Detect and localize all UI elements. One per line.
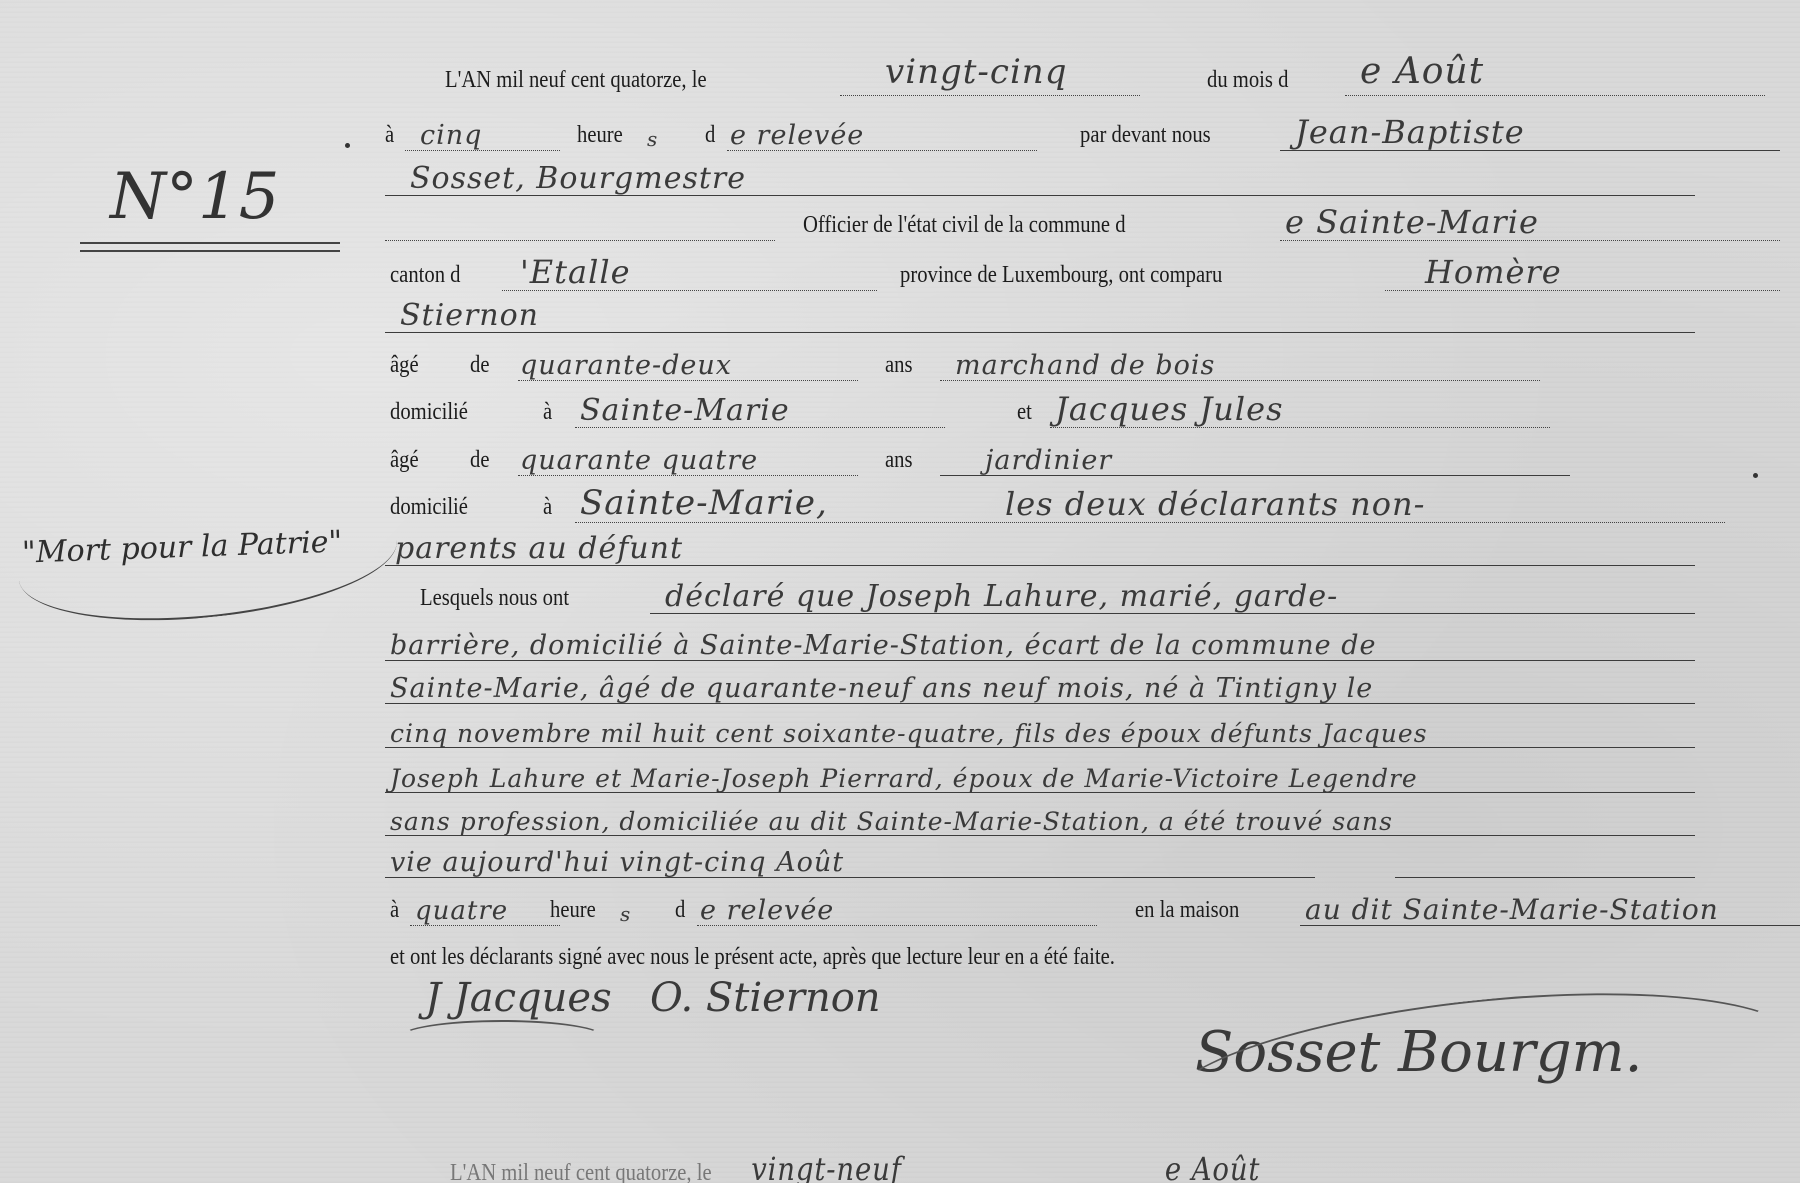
- officer-first-name: Jean-Baptiste: [1295, 113, 1525, 151]
- civil-record-page: N°15 "Mort pour la Patrie" L'AN mil neuf…: [0, 0, 1800, 1183]
- line-commune: Officier de l'état civil de la commune d…: [385, 205, 1800, 245]
- time-of-day-value: e relevée: [700, 895, 834, 926]
- line-declarant-1-surname: Stiernon: [385, 297, 1800, 337]
- declarant-2-domicile: Sainte-Marie,: [580, 483, 828, 523]
- printed-text: à: [390, 897, 399, 924]
- body-text: sans profession, domiciliée au dit Saint…: [390, 807, 1393, 836]
- fill-rule: [1395, 877, 1695, 878]
- line-body-6: vie aujourd'hui vingt-cinq Août: [385, 842, 1800, 882]
- fill-rule: [385, 240, 775, 241]
- printed-text: de: [470, 352, 489, 379]
- record-number: N°15: [110, 160, 279, 234]
- hour-plural: s: [620, 902, 631, 926]
- ink-dot: [345, 143, 350, 148]
- line-body-4: Joseph Lahure et Marie-Joseph Pierrard, …: [385, 757, 1800, 797]
- canton-value: 'Etalle: [520, 253, 631, 291]
- printed-text: d: [705, 122, 715, 149]
- next-day-value: vingt-neuf: [751, 1150, 902, 1183]
- line-body-5: sans profession, domiciliée au dit Saint…: [385, 800, 1800, 840]
- signature-declarant-2: O. Stiernon: [650, 975, 881, 1021]
- line-canton: canton d 'Etalle province de Luxembourg,…: [385, 255, 1800, 295]
- line-relation-cont: parents au défunt: [385, 530, 1800, 570]
- line-closing: et ont les déclarants signé avec nous le…: [385, 937, 1800, 977]
- printed-text: à: [543, 494, 552, 521]
- fill-rule: [840, 95, 1140, 96]
- place-found-value: au dit Sainte-Marie-Station: [1305, 893, 1719, 926]
- declarant-2-age: quarante quatre: [520, 445, 758, 476]
- time-of-day-value: e relevée: [730, 120, 864, 151]
- printed-text: et: [1017, 399, 1032, 426]
- hour-value: cinq: [420, 120, 482, 151]
- record-number-value: 15: [198, 160, 279, 234]
- printed-text: Officier de l'état civil de la commune d: [803, 212, 1126, 239]
- printed-text: L'AN mil neuf cent quatorze, le: [450, 1160, 712, 1183]
- month-value: e Août: [1360, 51, 1484, 92]
- declarant-2-name: Jacques Jules: [1055, 390, 1283, 428]
- line-declarant-2-age: âgé de quarante quatre ans jardinier: [385, 440, 1800, 480]
- line-declarant-1-age: âgé de quarante-deux ans marchand de boi…: [385, 345, 1800, 385]
- declarant-1-first-name: Homère: [1425, 253, 1562, 291]
- line-officer: Sosset, Bourgmestre: [385, 160, 1800, 200]
- printed-text: province de Luxembourg, ont comparu: [900, 262, 1222, 289]
- body-text: Sainte-Marie, âgé de quarante-neuf ans n…: [390, 673, 1373, 704]
- record-number-underline: [80, 242, 340, 244]
- line-place-found: à quatre heure s d e relevée en la maiso…: [385, 890, 1800, 930]
- fill-rule: [385, 332, 1695, 333]
- body-text: Joseph Lahure et Marie-Joseph Pierrard, …: [390, 764, 1418, 793]
- printed-text: à: [543, 399, 552, 426]
- printed-text: et ont les déclarants signé avec nous le…: [390, 944, 1115, 971]
- printed-text: de: [470, 447, 489, 474]
- line-body-3: cinq novembre mil huit cent soixante-qua…: [385, 712, 1800, 752]
- printed-text: domicilié: [390, 494, 468, 521]
- printed-text: en la maison: [1135, 897, 1239, 924]
- line-hour: à cinq heure s d e relevée par devant no…: [385, 115, 1800, 155]
- next-record-partial: L'AN mil neuf cent quatorze, le vingt-ne…: [450, 1150, 1260, 1183]
- body-text: barrière, domicilié à Sainte-Marie-Stati…: [390, 630, 1376, 661]
- printed-text: à: [385, 122, 394, 149]
- record-number-underline-2: [80, 250, 340, 252]
- line-declaration: Lesquels nous ont déclaré que Joseph Lah…: [385, 578, 1800, 618]
- printed-text: L'AN mil neuf cent quatorze, le: [445, 67, 707, 94]
- printed-text: ans: [885, 352, 913, 379]
- line-date: L'AN mil neuf cent quatorze, le vingt-ci…: [385, 60, 1800, 100]
- printed-text: d: [675, 897, 685, 924]
- printed-text: du mois d: [1207, 67, 1288, 94]
- line-body-2: Sainte-Marie, âgé de quarante-neuf ans n…: [385, 668, 1800, 708]
- printed-text: âgé: [390, 447, 419, 474]
- declarant-1-surname: Stiernon: [400, 298, 539, 333]
- printed-text: heure: [550, 897, 596, 924]
- hour-plural: s: [647, 127, 658, 151]
- signature-flourish: [400, 1020, 604, 1054]
- declarant-2-profession: jardinier: [985, 445, 1112, 476]
- printed-text: heure: [577, 122, 623, 149]
- next-month-value: e Août: [1165, 1150, 1260, 1183]
- line-declarant-1-domicile: domicilié à Sainte-Marie et Jacques Jule…: [385, 392, 1800, 432]
- printed-text: domicilié: [390, 399, 468, 426]
- line-body-1: barrière, domicilié à Sainte-Marie-Stati…: [385, 625, 1800, 665]
- declarant-1-age: quarante-deux: [520, 350, 732, 381]
- signature-declarant-1: J Jacques: [425, 975, 612, 1021]
- printed-text: âgé: [390, 352, 419, 379]
- declarants-relation: les deux déclarants non-: [1005, 485, 1425, 523]
- printed-text: ans: [885, 447, 913, 474]
- officer-surname-title: Sosset, Bourgmestre: [410, 161, 746, 196]
- printed-text: Lesquels nous ont: [420, 585, 569, 612]
- day-value: vingt-cinq: [885, 52, 1067, 92]
- body-text: cinq novembre mil huit cent soixante-qua…: [390, 719, 1428, 748]
- declarant-1-domicile: Sainte-Marie: [580, 393, 790, 428]
- relation-continuation: parents au défunt: [395, 531, 683, 566]
- printed-text: canton d: [390, 262, 461, 289]
- declaration-text: déclaré que Joseph Lahure, marié, garde-: [665, 579, 1338, 614]
- declarant-1-profession: marchand de bois: [955, 350, 1215, 381]
- body-text: vie aujourd'hui vingt-cinq Août: [390, 847, 844, 878]
- commune-value: e Sainte-Marie: [1285, 203, 1539, 241]
- record-number-label: N°: [110, 160, 198, 234]
- fill-rule: [1345, 95, 1765, 96]
- hour-found-value: quatre: [415, 896, 508, 926]
- printed-text: par devant nous: [1080, 122, 1211, 149]
- line-declarant-2-domicile: domicilié à Sainte-Marie, les deux décla…: [385, 487, 1800, 527]
